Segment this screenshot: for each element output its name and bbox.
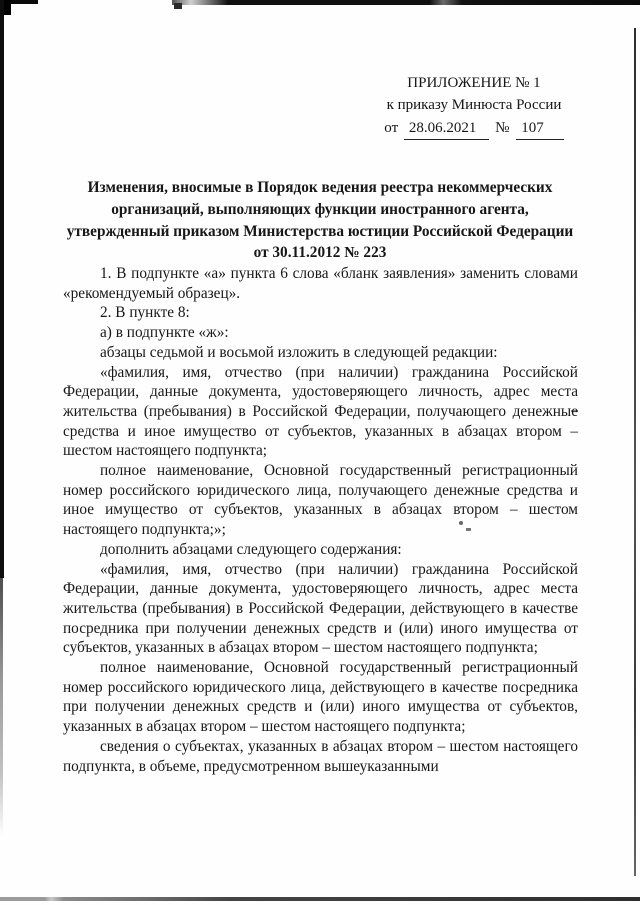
order-date-number-line: от 28.06.2021 № 107 [378,117,570,140]
body-paragraph: 1. В подпункте «а» пункта 6 слова «бланк… [63,264,578,303]
scan-artifact-top-border [172,0,640,5]
order-date-value: 28.06.2021 [404,119,490,140]
scan-artifact-left-bar-fade [0,578,3,836]
body-paragraph: дополнить абзацами следующего содержания… [63,540,578,560]
number-sign: № [495,120,509,136]
scan-artifact-speck [174,3,182,9]
scan-artifact-left-bar [0,0,4,578]
scan-artifact-right-line [634,28,636,876]
body-paragraph: «фамилия, имя, отчество (при наличии) гр… [63,560,578,659]
scan-artifact-top-left-segment [0,0,38,4]
appendix-label: ПРИЛОЖЕНИЕ № 1 [378,72,570,94]
body-paragraph: полное наименование, Основной государств… [63,461,578,540]
body-paragraph: 2. В пункте 8: [63,303,578,323]
body-paragraph: абзацы седьмой и восьмой изложить в след… [63,343,578,363]
scan-artifact-corner-block [0,0,11,15]
body-paragraph: а) в подпункте «ж»: [63,323,578,343]
document-title: Изменения, вносимые в Порядок ведения ре… [62,177,578,264]
scan-artifact-bottom-line [0,897,640,901]
order-number-value: 107 [516,119,564,140]
order-reference: к приказу Минюста России [378,94,570,116]
body-paragraph: «фамилия, имя, отчество (при наличии) гр… [63,363,578,462]
approval-header: ПРИЛОЖЕНИЕ № 1 к приказу Минюста России … [378,72,570,140]
document-body: 1. В подпункте «а» пункта 6 слова «бланк… [63,264,578,776]
body-paragraph: сведения о субъектах, указанных в абзаца… [63,737,578,776]
body-paragraph: полное наименование, Основной государств… [63,658,578,737]
scanned-document-page: ПРИЛОЖЕНИЕ № 1 к приказу Минюста России … [0,0,640,905]
date-prefix: от [384,120,398,136]
